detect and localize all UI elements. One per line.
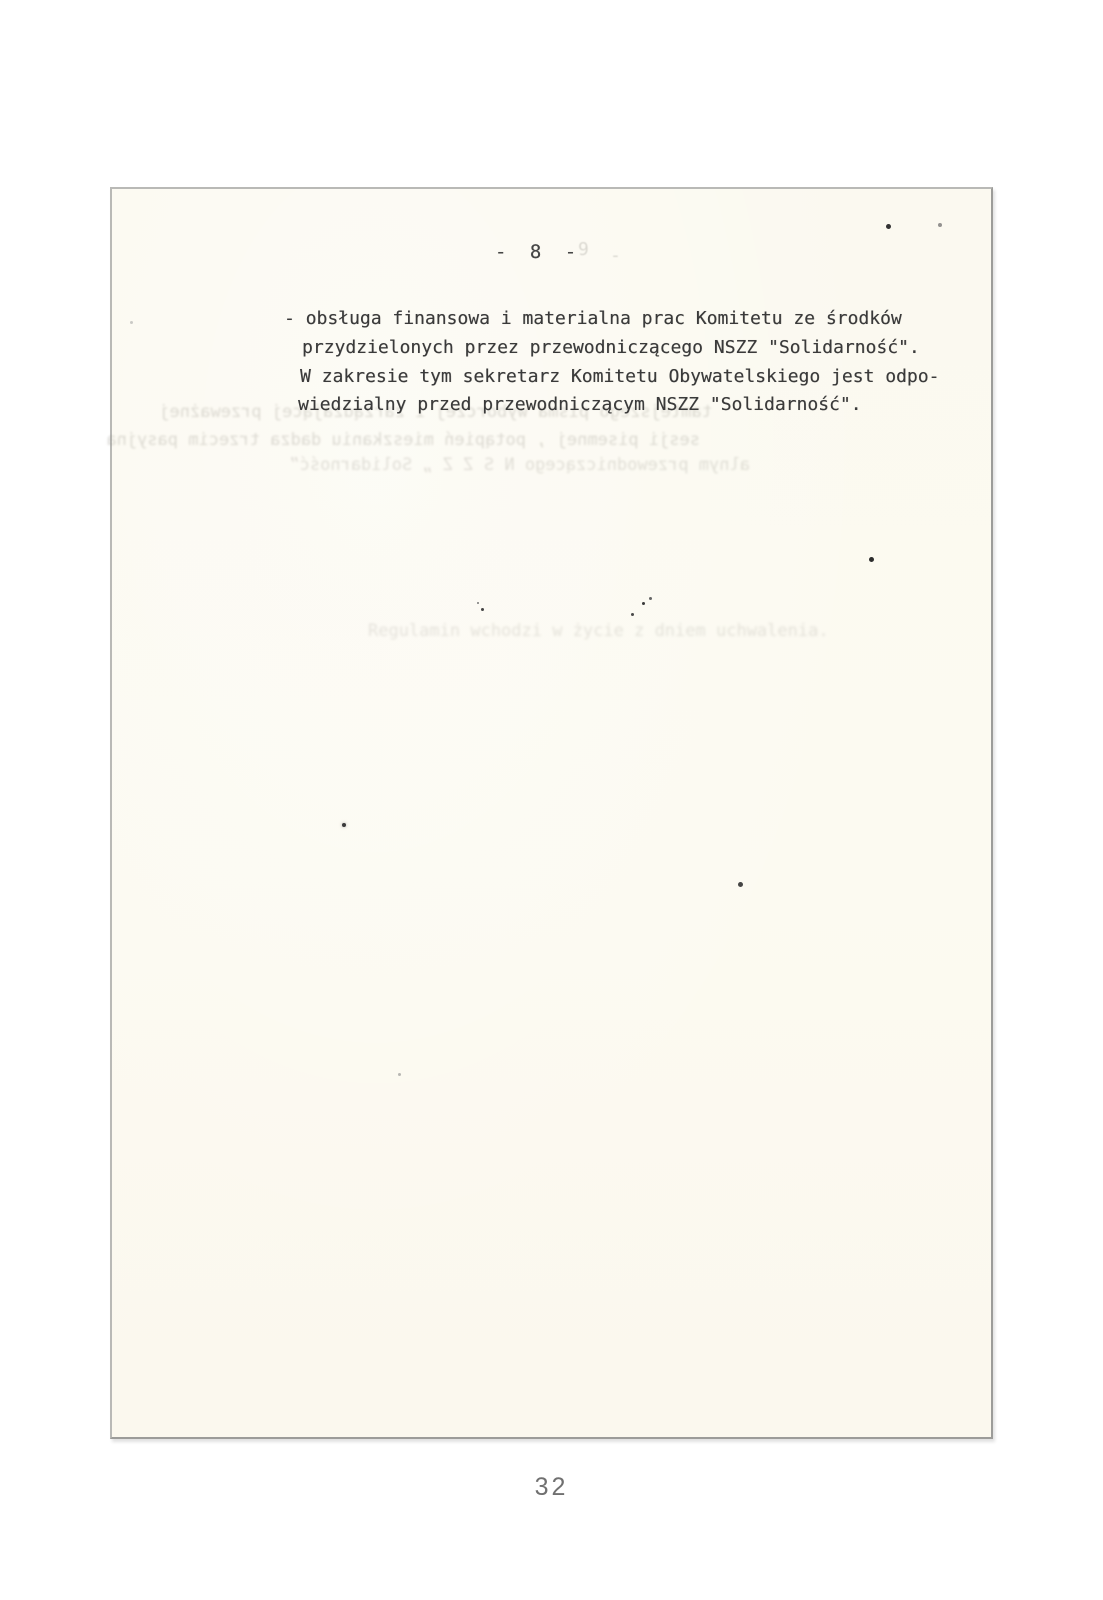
ink-speck [938,223,942,227]
ink-speck [631,613,634,616]
scanned-page: tamtejszego pisma wyborczej i zarządzają… [110,187,993,1439]
ink-speck [738,882,743,887]
page-number-top: - 8 - [495,241,582,263]
ink-speck [642,602,645,605]
ink-speck [398,1073,401,1076]
bleedthrough-line: sesji pisemnej , potąpień mieszkaniu dad… [140,430,700,450]
typed-paragraph-line: wiedzialny przed przewodniczącym NSZZ "S… [298,394,862,416]
typed-paragraph-line: przydzielonych przez przewodniczącego NS… [302,337,920,359]
ink-speck [869,557,874,562]
ink-speck [342,823,346,827]
scanned-document-view: tamtejszego pisma wyborczej i zarządzają… [0,0,1103,1600]
ink-speck [649,597,652,600]
page-number-bottom: 32 [0,1473,1103,1502]
typed-paragraph-line: W zakresie tym sekretarz Komitetu Obywat… [300,366,939,388]
ink-speck [477,602,479,604]
bleedthrough-line: Regulamin wchodzi w życie z dniem uchwal… [368,621,808,641]
ink-speck [130,321,133,324]
typed-paragraph-line: - obsługa finansowa i materialna prac Ko… [284,308,902,330]
ghost-page-number: 9 [578,239,589,260]
ghost-dash: - [610,245,621,266]
bleedthrough-line: alnym przewodniczącego N S Z Z „ Solidar… [230,455,750,475]
ink-speck [481,608,484,611]
ink-speck [886,224,891,229]
